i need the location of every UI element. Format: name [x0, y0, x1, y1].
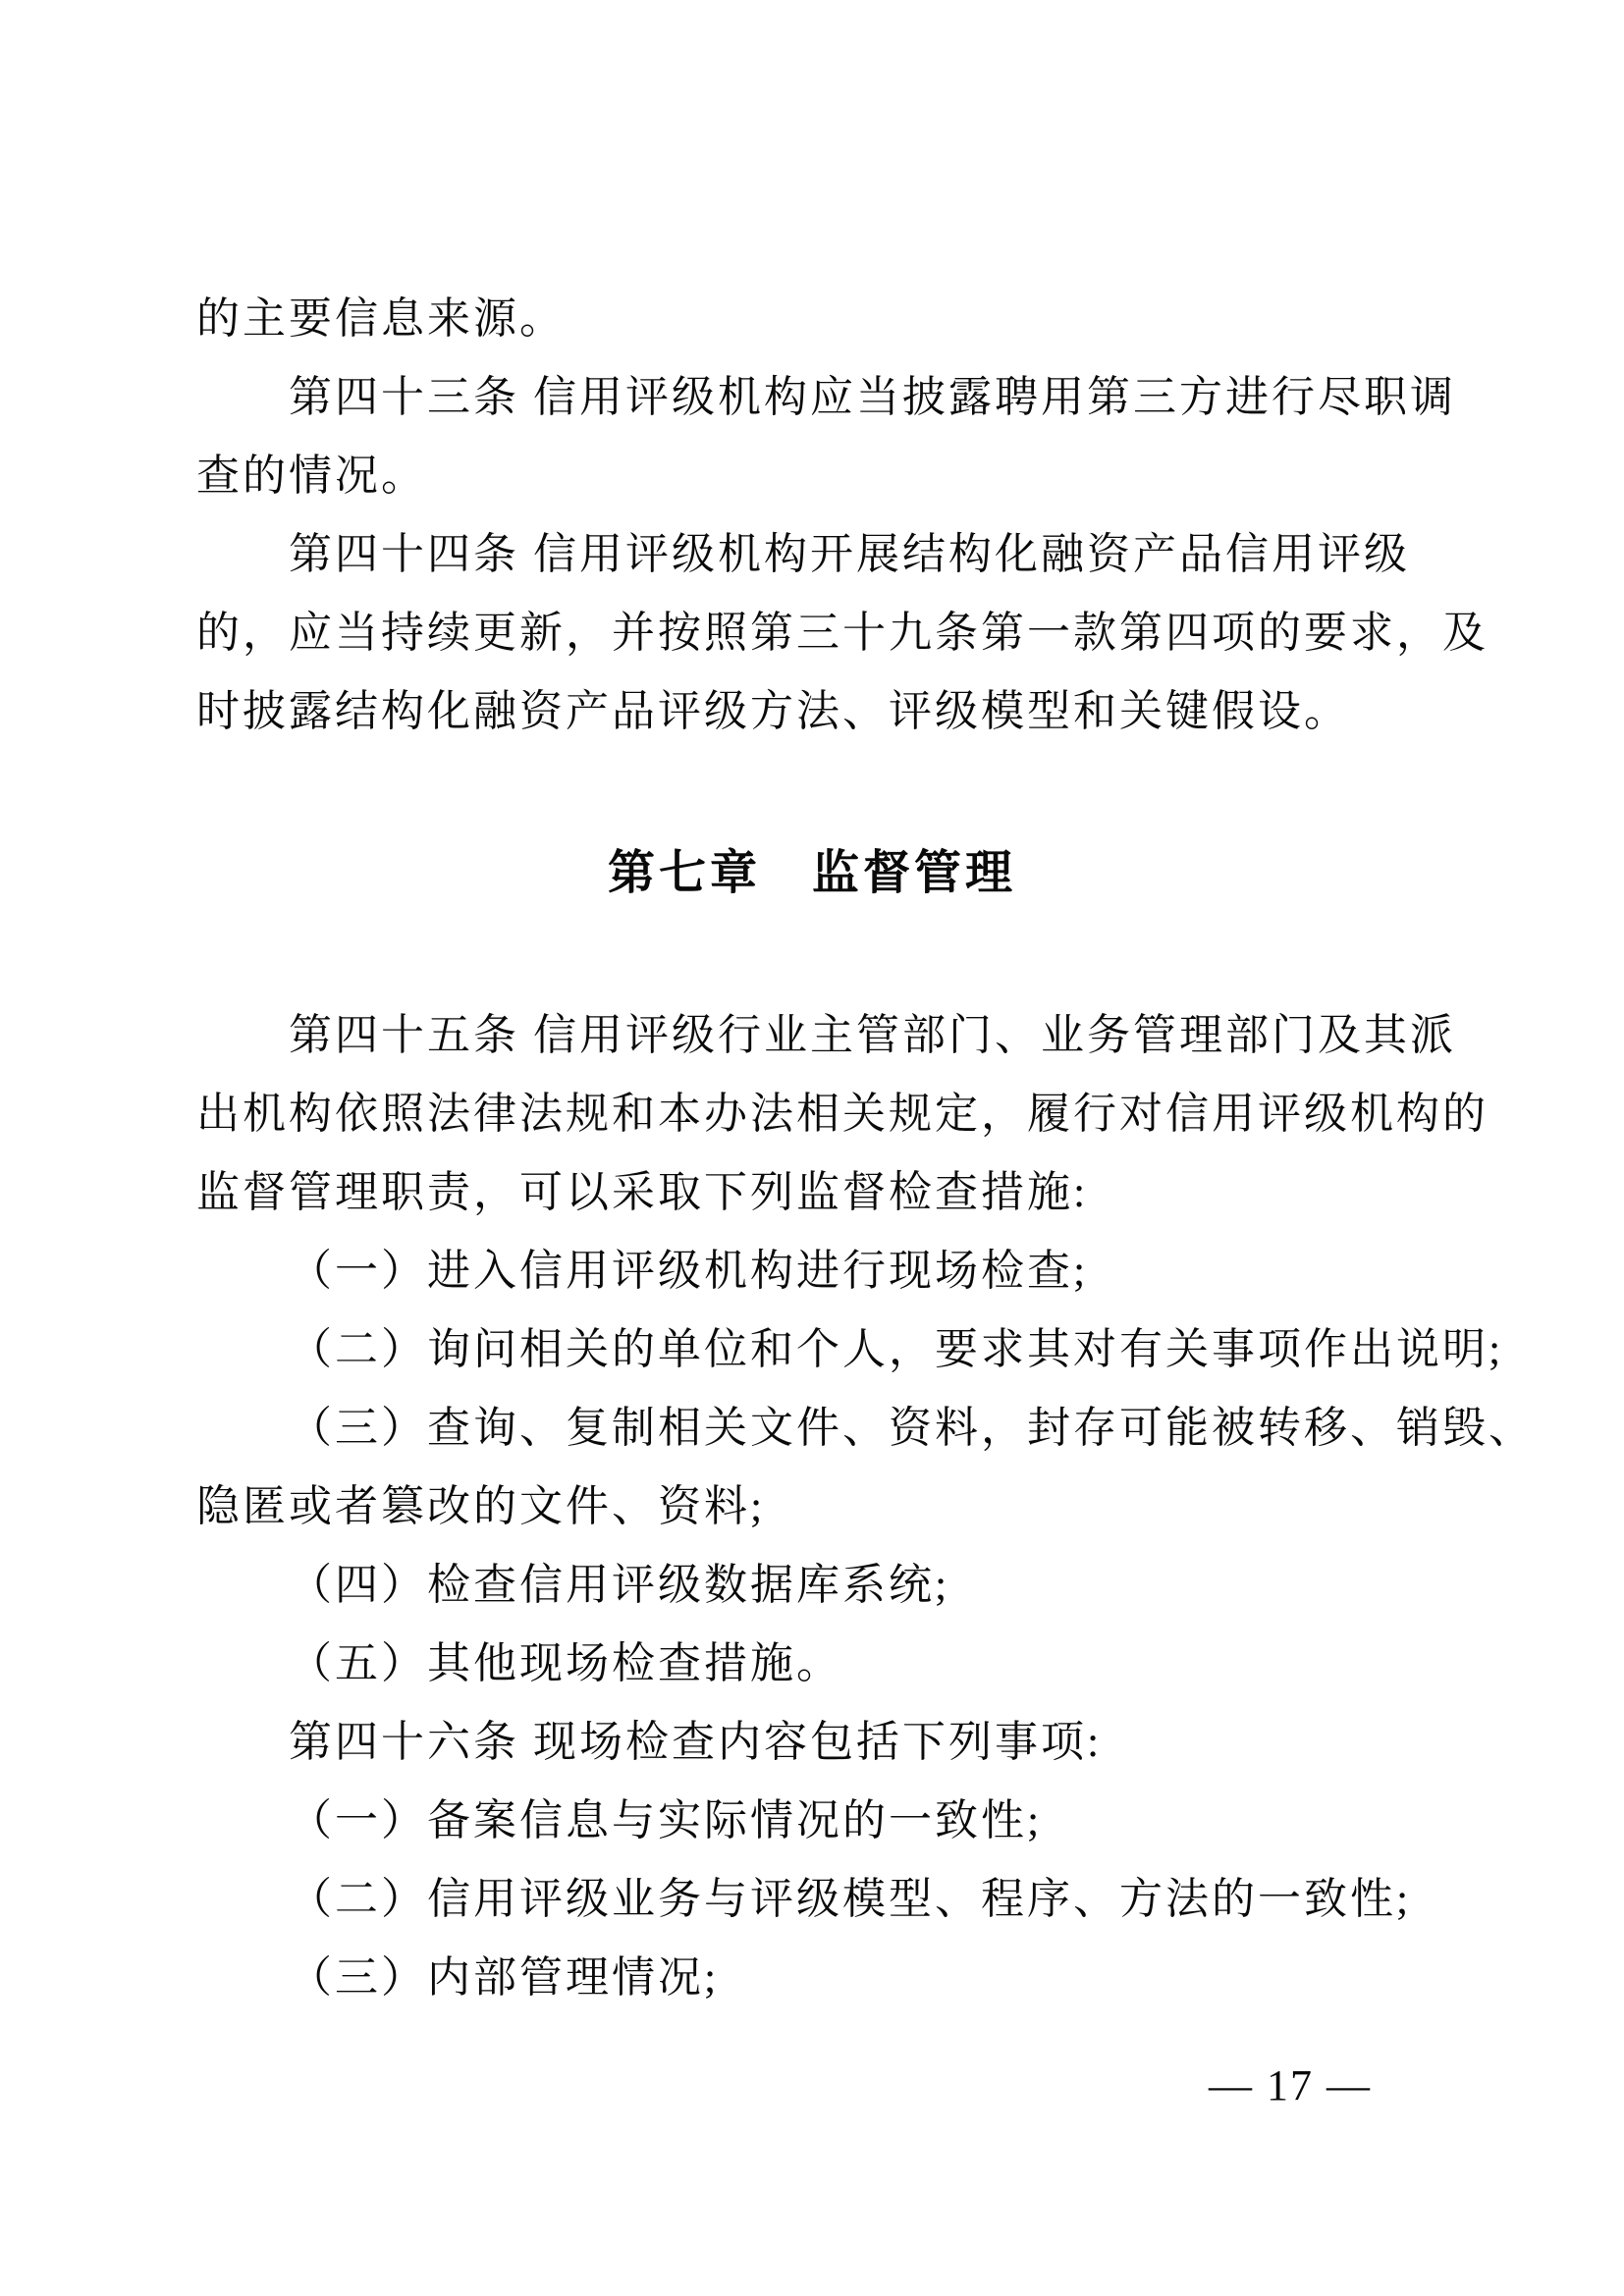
- text-line: （五）其他现场检查措施。: [196, 1625, 1483, 1703]
- document-content: 的主要信息来源。第四十三条 信用评级机构应当披露聘用第三方进行尽职调查的情况。第…: [196, 280, 1483, 2017]
- text-line: 查的情况。: [196, 437, 1483, 515]
- text-line: 隐匿或者篡改的文件、资料;: [196, 1468, 1483, 1546]
- text-line: 时披露结构化融资产品评级方法、评级模型和关键假设。: [196, 672, 1483, 751]
- text-line: 第四十六条 现场检查内容包括下列事项:: [196, 1703, 1483, 1782]
- text-line: （一）进入信用评级机构进行现场检查;: [196, 1232, 1483, 1310]
- text-line: 监督管理职责，可以采取下列监督检查措施:: [196, 1153, 1483, 1232]
- text-line: （三）查询、复制相关文件、资料，封存可能被转移、销毁、: [196, 1389, 1483, 1468]
- text-line: （二）询问相关的单位和个人，要求其对有关事项作出说明;: [196, 1310, 1483, 1389]
- text-line: 出机构依照法律法规和本办法相关规定，履行对信用评级机构的: [196, 1075, 1483, 1153]
- text-line: （四）检查信用评级数据库系统;: [196, 1546, 1483, 1625]
- text-line: （三）内部管理情况;: [196, 1939, 1483, 2017]
- chapter-heading: 第七章 监督管理: [196, 834, 1483, 913]
- text-line: 第四十三条 信用评级机构应当披露聘用第三方进行尽职调: [196, 358, 1483, 437]
- page-number: — 17 —: [1209, 2047, 1372, 2125]
- text-line: 第四十五条 信用评级行业主管部门、业务管理部门及其派: [196, 996, 1483, 1075]
- text-line: 第四十四条 信用评级机构开展结构化融资产品信用评级: [196, 515, 1483, 594]
- text-line: 的主要信息来源。: [196, 280, 1483, 358]
- text-line: （二）信用评级业务与评级模型、程序、方法的一致性;: [196, 1860, 1483, 1939]
- text-line: （一）备案信息与实际情况的一致性;: [196, 1782, 1483, 1860]
- document-page: 的主要信息来源。第四十三条 信用评级机构应当披露聘用第三方进行尽职调查的情况。第…: [0, 0, 1624, 2296]
- text-line: 的，应当持续更新，并按照第三十九条第一款第四项的要求，及: [196, 594, 1483, 672]
